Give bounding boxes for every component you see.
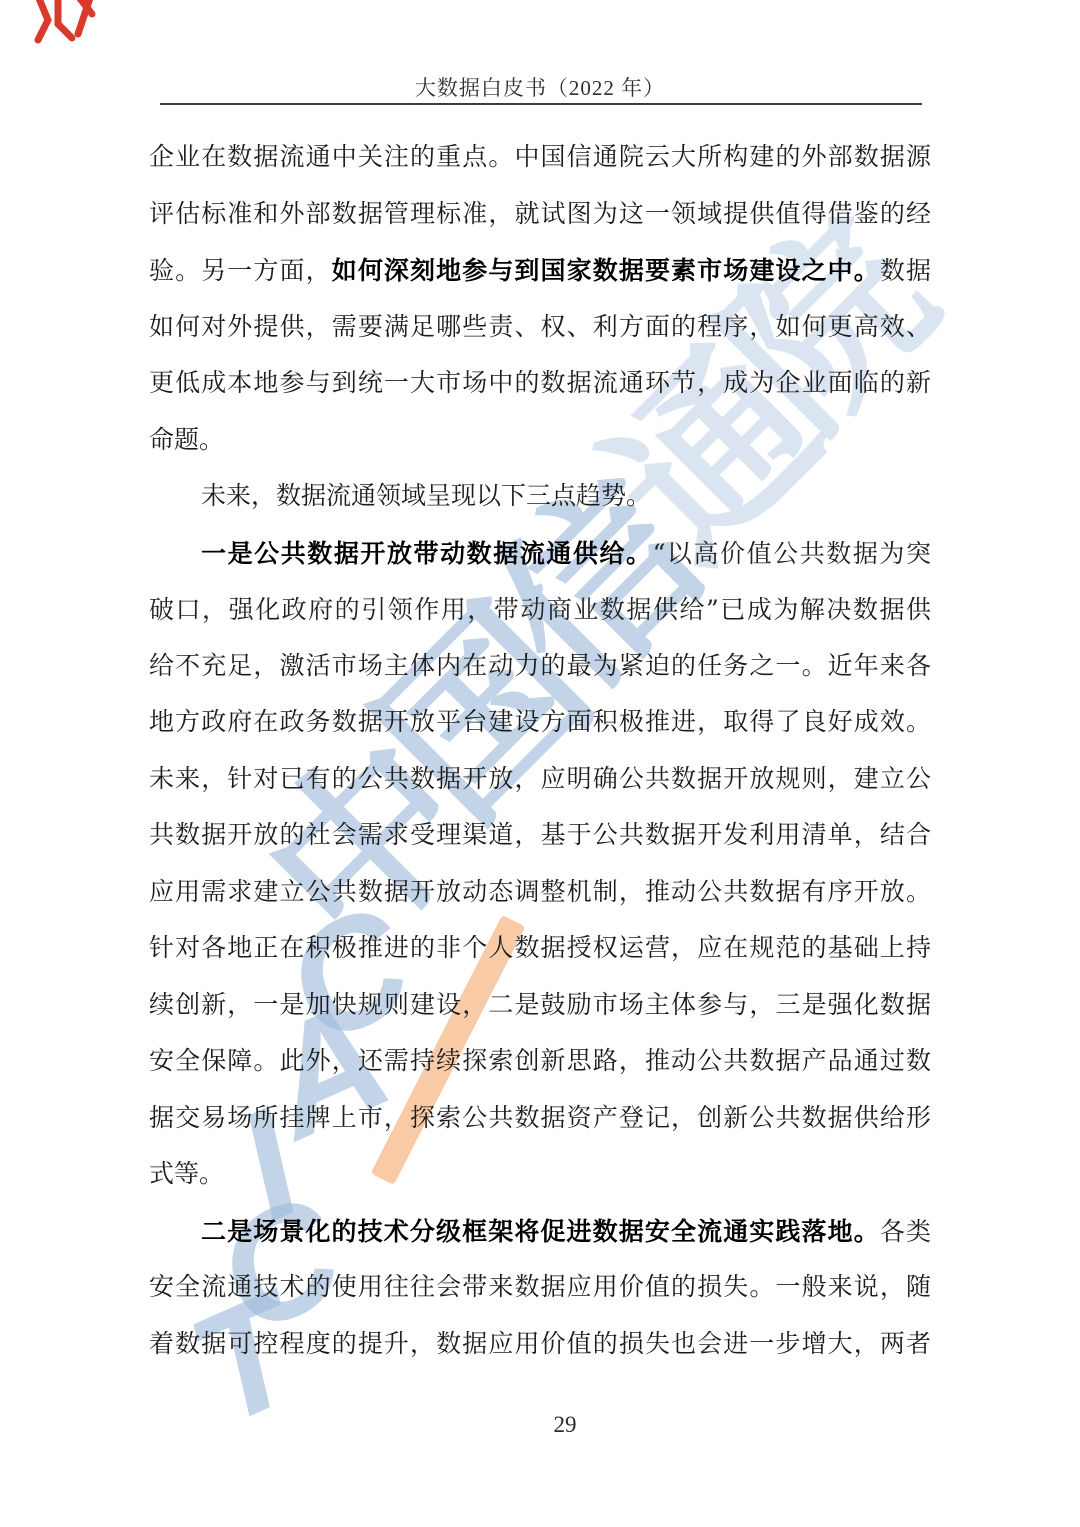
text-segment-normal: 如何对外提供，需要满足哪些责、权、利方面的程序，如何更高效、 xyxy=(149,314,931,341)
text-line: 应用需求建立公共数据开放动态调整机制，推动公共数据有序开放。 xyxy=(149,865,931,922)
text-line: 式等。 xyxy=(149,1147,931,1204)
text-line: 安全保障。此外，还需持续探索创新思路，推动公共数据产品通过数 xyxy=(149,1034,931,1091)
header-rule xyxy=(160,103,922,105)
text-segment-kai: “以高价值公共数据为突 xyxy=(653,539,931,568)
text-segment-bold: 一是公共数据开放带动数据流通供给。 xyxy=(201,540,653,568)
text-segment-normal: 着数据可控程度的提升，数据应用价值的损失也会进一步增大，两者 xyxy=(149,1331,931,1358)
text-segment-normal: 更低成本地参与到统一大市场中的数据流通环节，成为企业面临的新 xyxy=(149,370,931,397)
document-page: 中国信通院CAICT 大数据白皮书（2022 年） 企业在数据流通中关注的重点。… xyxy=(0,0,1080,1527)
text-segment-normal: 评估标准和外部数据管理标准，就试图为这一领域提供值得借鉴的经 xyxy=(149,201,931,228)
text-segment-bold: 二是场景化的技术分级框架将促进数据安全流通实践落地。 xyxy=(201,1218,880,1246)
text-segment-normal: 续创新，一是加快规则建设，二是鼓励市场主体参与，三是强化数据 xyxy=(149,992,931,1019)
text-line: 续创新，一是加快规则建设，二是鼓励市场主体参与，三是强化数据 xyxy=(149,978,931,1035)
text-line: 地方政府在政务数据开放平台建设方面积极推进，取得了良好成效。 xyxy=(149,695,931,752)
text-line: 一是公共数据开放带动数据流通供给。“以高价值公共数据为突 xyxy=(149,526,931,583)
text-line: 更低成本地参与到统一大市场中的数据流通环节，成为企业面临的新 xyxy=(149,356,931,413)
text-line: 安全流通技术的使用往往会带来数据应用价值的损失。一般来说，随 xyxy=(149,1260,931,1317)
text-segment-normal: 地方政府在政务数据开放平台建设方面积极推进，取得了良好成效。 xyxy=(149,709,931,736)
text-segment-normal: 据交易场所挂牌上市，探索公共数据资产登记，创新公共数据供给形 xyxy=(149,1105,931,1132)
text-line: 命题。 xyxy=(149,413,931,470)
page-number: 29 xyxy=(25,1412,1080,1438)
text-segment-normal: 各类 xyxy=(880,1219,931,1246)
text-segment-normal: 式等。 xyxy=(149,1161,224,1188)
text-segment-bold: 如何深刻地参与到国家数据要素市场建设之中。 xyxy=(332,257,880,285)
text-segment-normal: 针对各地正在积极推进的非个人数据授权运营，应在规范的基础上持 xyxy=(149,935,931,962)
text-line: 企业在数据流通中关注的重点。中国信通院云大所构建的外部数据源 xyxy=(149,130,931,187)
text-line: 针对各地正在积极推进的非个人数据授权运营，应在规范的基础上持 xyxy=(149,921,931,978)
text-line: 着数据可控程度的提升，数据应用价值的损失也会进一步增大，两者 xyxy=(149,1317,931,1374)
text-line: 未来，数据流通领域呈现以下三点趋势。 xyxy=(149,469,931,526)
text-segment-normal: 验。另一方面， xyxy=(149,258,332,285)
red-publisher-mark-icon xyxy=(28,0,100,46)
text-segment-normal: 企业在数据流通中关注的重点。中国信通院云大所构建的外部数据源 xyxy=(149,144,931,171)
text-line: 验。另一方面，如何深刻地参与到国家数据要素市场建设之中。数据 xyxy=(149,243,931,300)
text-segment-normal: 给不充足，激活市场主体内在动力的最为紧迫的任务之一。近年来各 xyxy=(149,653,931,680)
text-segment-normal: 已成为解决数据供 xyxy=(719,597,931,624)
text-segment-normal: 安全流通技术的使用往往会带来数据应用价值的损失。一般来说，随 xyxy=(149,1274,931,1301)
text-segment-normal: 未来，针对已有的公共数据开放，应明确公共数据开放规则，建立公 xyxy=(149,766,931,793)
text-segment-normal: 数据 xyxy=(880,258,931,285)
text-segment-normal: 命题。 xyxy=(149,427,224,454)
text-segment-normal: 安全保障。此外，还需持续探索创新思路，推动公共数据产品通过数 xyxy=(149,1048,931,1075)
text-line: 给不充足，激活市场主体内在动力的最为紧迫的任务之一。近年来各 xyxy=(149,639,931,696)
text-line: 二是场景化的技术分级框架将促进数据安全流通实践落地。各类 xyxy=(149,1204,931,1261)
page-header-title: 大数据白皮书（2022 年） xyxy=(0,72,1080,102)
text-segment-kai: 破口，强化政府的引领作用，带动商业数据供给” xyxy=(149,595,719,624)
text-line: 评估标准和外部数据管理标准，就试图为这一领域提供值得借鉴的经 xyxy=(149,187,931,244)
text-line: 据交易场所挂牌上市，探索公共数据资产登记，创新公共数据供给形 xyxy=(149,1091,931,1148)
text-line: 共数据开放的社会需求受理渠道，基于公共数据开发利用清单，结合 xyxy=(149,808,931,865)
text-segment-normal: 应用需求建立公共数据开放动态调整机制，推动公共数据有序开放。 xyxy=(149,879,931,906)
document-lines: 企业在数据流通中关注的重点。中国信通院云大所构建的外部数据源评估标准和外部数据管… xyxy=(149,130,931,1373)
text-segment-normal: 未来，数据流通领域呈现以下三点趋势。 xyxy=(201,483,651,510)
text-line: 未来，针对已有的公共数据开放，应明确公共数据开放规则，建立公 xyxy=(149,752,931,809)
text-line: 如何对外提供，需要满足哪些责、权、利方面的程序，如何更高效、 xyxy=(149,300,931,357)
text-segment-normal: 共数据开放的社会需求受理渠道，基于公共数据开发利用清单，结合 xyxy=(149,822,931,849)
text-line: 破口，强化政府的引领作用，带动商业数据供给”已成为解决数据供 xyxy=(149,582,931,639)
